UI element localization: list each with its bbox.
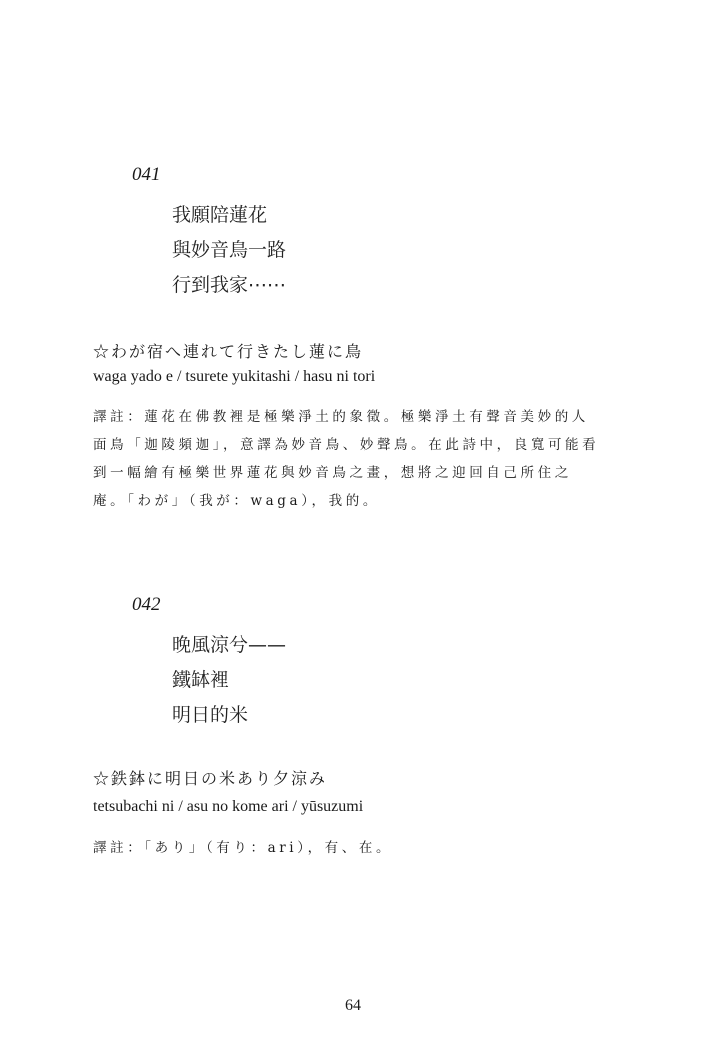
- haiku-romaji: tetsubachi ni / asu no kome ari / yūsuzu…: [93, 798, 363, 816]
- note-line: 到一幅繪有極樂世界蓮花與妙音鳥之畫，想將之迎回自己所住之: [93, 459, 623, 487]
- haiku-japanese: ☆わが宿へ連れて行きたし蓮に鳥: [93, 339, 363, 362]
- poem-line: 我願陪蓮花: [172, 200, 267, 227]
- poem-line: 與妙音鳥一路: [172, 235, 286, 262]
- poem-line: 明日的米: [172, 700, 248, 727]
- poem-number: 041: [132, 164, 161, 186]
- poem-line: 鐵缽裡: [172, 665, 229, 692]
- translator-note: 譯註：「あり」（有り：ari），有、在。: [93, 834, 623, 862]
- poem-line: 行到我家⋯⋯: [172, 270, 286, 297]
- note-line: 譯註：蓮花在佛教裡是極樂淨土的象徵。極樂淨土有聲音美妙的人: [93, 403, 623, 431]
- note-line: 庵。「わが」（我が：waga），我的。: [93, 487, 623, 515]
- note-line: 譯註：「あり」（有り：ari），有、在。: [93, 834, 623, 862]
- poem-line: 晚風涼兮——: [172, 630, 286, 657]
- translator-note: 譯註：蓮花在佛教裡是極樂淨土的象徵。極樂淨土有聲音美妙的人 面鳥「迦陵頻迦」，意…: [93, 403, 623, 515]
- note-line: 面鳥「迦陵頻迦」，意譯為妙音鳥、妙聲鳥。在此詩中，良寬可能看: [93, 431, 623, 459]
- poem-number: 042: [132, 594, 161, 616]
- haiku-japanese: ☆鉄鉢に明日の米あり夕涼み: [93, 766, 327, 789]
- haiku-romaji: waga yado e / tsurete yukitashi / hasu n…: [93, 368, 375, 386]
- page-number: 64: [345, 997, 361, 1015]
